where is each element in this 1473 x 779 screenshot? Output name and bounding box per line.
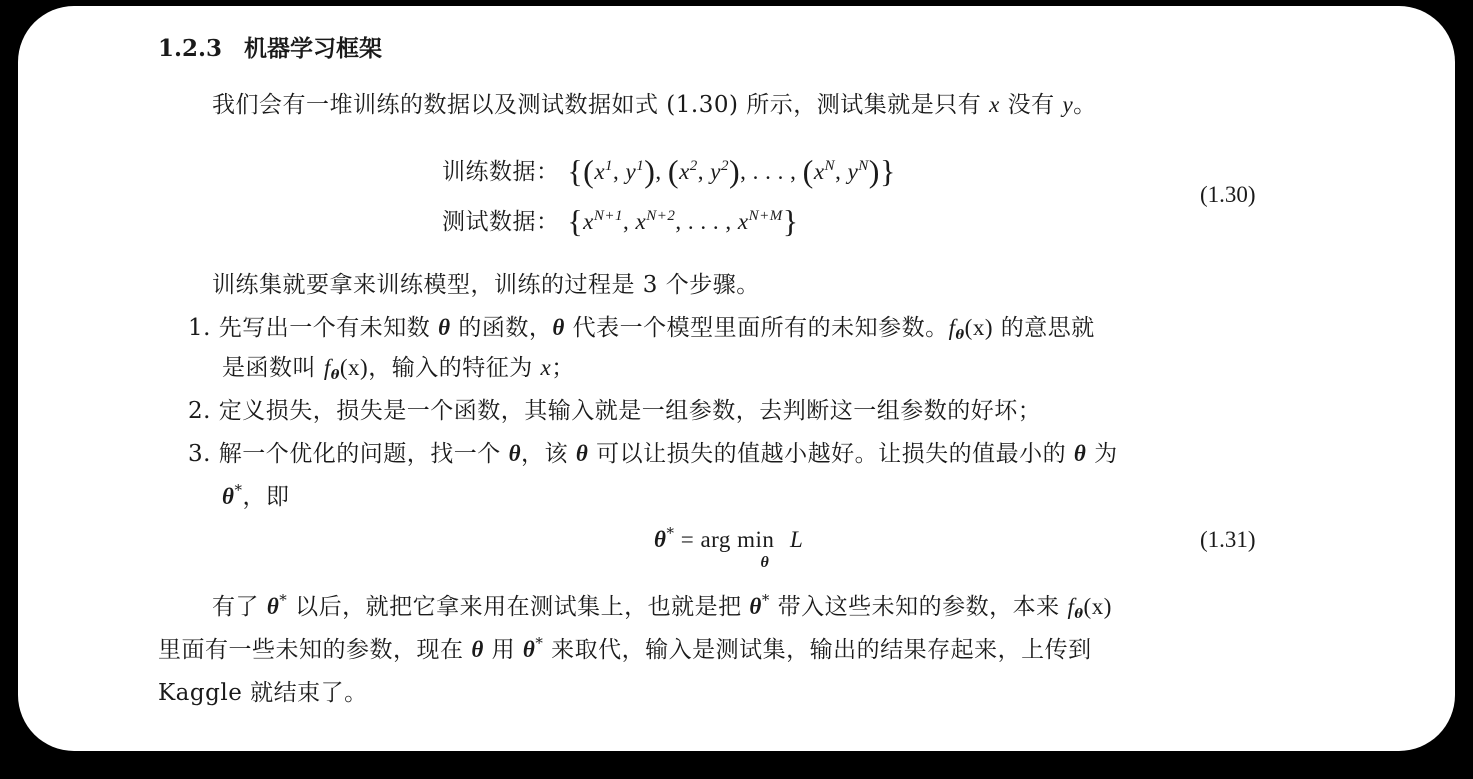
equation-number-130: (1.30)	[1200, 182, 1256, 208]
argmin-operator: arg minθ	[700, 525, 774, 571]
intro-text: 。	[1073, 92, 1097, 118]
conclusion-line-2: 里面有一些未知的参数，现在 θ 用 θ* 来取代，输入是测试集，输出的结果存起来…	[158, 635, 1092, 665]
argmin-subscript: θ	[760, 555, 774, 571]
step-text: ；	[551, 355, 575, 381]
equation-number-131: (1.31)	[1200, 527, 1256, 553]
theta-symbol: θ	[509, 441, 521, 466]
star-superscript: *	[762, 591, 770, 609]
step-1-line-2: 是函数叫 fθ(x)，输入的特征为 x；	[222, 353, 575, 383]
theta-symbol: θ	[267, 594, 279, 619]
fx-args: (x)	[965, 315, 993, 340]
step-text: ，该	[521, 441, 576, 467]
theta-symbol: θ	[576, 441, 588, 466]
var-y: y	[1062, 92, 1073, 117]
intro-paragraph: 我们会有一堆训练的数据以及测试数据如式 (1.30) 所示，测试集就是只有 x …	[212, 90, 1097, 120]
argmin-label: arg min	[700, 527, 774, 552]
paragraph-text: 以后，就把它拿来用在测试集上，也就是把	[287, 594, 749, 620]
test-data-set: {xN+1, xN+2, . . . , xN+M}	[567, 209, 798, 234]
list-marker: 2.	[188, 398, 211, 424]
step-1-line-1: 1. 先写出一个有未知数 θ 的函数，θ 代表一个模型里面所有的未知参数。fθ(…	[188, 313, 1095, 343]
equation-test-row: 测试数据： {xN+1, xN+2, . . . , xN+M}	[442, 206, 799, 237]
step-text: 定义损失，损失是一个函数，其输入就是一组参数，去判断这一组参数的好坏；	[219, 398, 1042, 424]
paragraph-text: 来取代，输入是测试集，输出的结果存起来，上传到	[543, 637, 1091, 663]
theta-symbol: θ	[523, 637, 535, 662]
theta-subscript: θ	[331, 368, 340, 383]
var-x: x	[541, 355, 552, 380]
theta-symbol: θ	[749, 594, 761, 619]
step-text: 解一个优化的问题，找一个	[219, 441, 509, 467]
step-text: ，输入的特征为	[368, 355, 540, 381]
train-data-set: {(x1, y1), (x2, y2), . . . , (xN, yN)}	[567, 159, 896, 184]
section-title: 机器学习框架	[244, 35, 382, 62]
fx-args: (x)	[340, 355, 368, 380]
theta-symbol: θ	[552, 315, 564, 340]
fx-args: (x)	[1084, 594, 1112, 619]
intro-text: 我们会有一堆训练的数据以及测试数据如式 (1.30) 所示，测试集就是只有	[212, 92, 989, 118]
equation-argmin: θ* = arg minθ L	[654, 525, 803, 571]
step-text: 是函数叫	[222, 355, 324, 381]
conclusion-line-3: Kaggle 就结束了。	[158, 678, 368, 708]
section-heading: 1.2.3机器学习框架	[158, 30, 382, 63]
test-data-label: 测试数据：	[442, 209, 560, 235]
paragraph-text: 用	[484, 637, 523, 663]
theta-symbol: θ	[222, 484, 234, 509]
step-text: 先写出一个有未知数	[219, 315, 438, 341]
theta-subscript: θ	[1074, 607, 1083, 622]
loss-symbol: L	[790, 527, 803, 552]
f-symbol: f	[949, 315, 956, 340]
theta-subscript: θ	[956, 328, 965, 343]
theta-symbol: θ	[438, 315, 450, 340]
equals-sign: =	[674, 527, 700, 552]
theta-symbol: θ	[654, 527, 666, 552]
paragraph-text: 里面有一些未知的参数，现在	[158, 637, 471, 663]
step-2: 2. 定义损失，损失是一个函数，其输入就是一组参数，去判断这一组参数的好坏；	[188, 396, 1041, 426]
step-text: 的函数，	[451, 315, 553, 341]
step-text: 可以让损失的值越小越好。让损失的值最小的	[588, 441, 1074, 467]
train-data-label: 训练数据：	[442, 159, 560, 185]
var-x: x	[989, 92, 1000, 117]
step-text: 代表一个模型里面所有的未知参数。	[565, 315, 949, 341]
steps-intro: 训练集就要拿来训练模型，训练的过程是 3 个步骤。	[212, 270, 760, 300]
equation-train-row: 训练数据： {(x1, y1), (x2, y2), . . . , (xN, …	[442, 156, 896, 187]
step-text: ，即	[242, 484, 289, 510]
paragraph-text: 有了	[212, 594, 267, 620]
section-number: 1.2.3	[158, 35, 222, 62]
list-marker: 1.	[188, 315, 211, 341]
theta-symbol: θ	[471, 637, 483, 662]
f-symbol: f	[324, 355, 331, 380]
theta-symbol: θ	[1074, 441, 1086, 466]
step-text: 的意思就	[993, 315, 1095, 341]
step-3-line-1: 3. 解一个优化的问题，找一个 θ，该 θ 可以让损失的值越小越好。让损失的值最…	[188, 439, 1118, 469]
conclusion-line-1: 有了 θ* 以后，就把它拿来用在测试集上，也就是把 θ* 带入这些未知的参数，本…	[212, 592, 1112, 622]
intro-text: 没有	[1000, 92, 1063, 118]
step-text: 为	[1086, 441, 1117, 467]
paragraph-text: 带入这些未知的参数，本来	[770, 594, 1068, 620]
step-3-line-2: θ*，即	[222, 482, 289, 512]
list-marker: 3.	[188, 441, 211, 467]
